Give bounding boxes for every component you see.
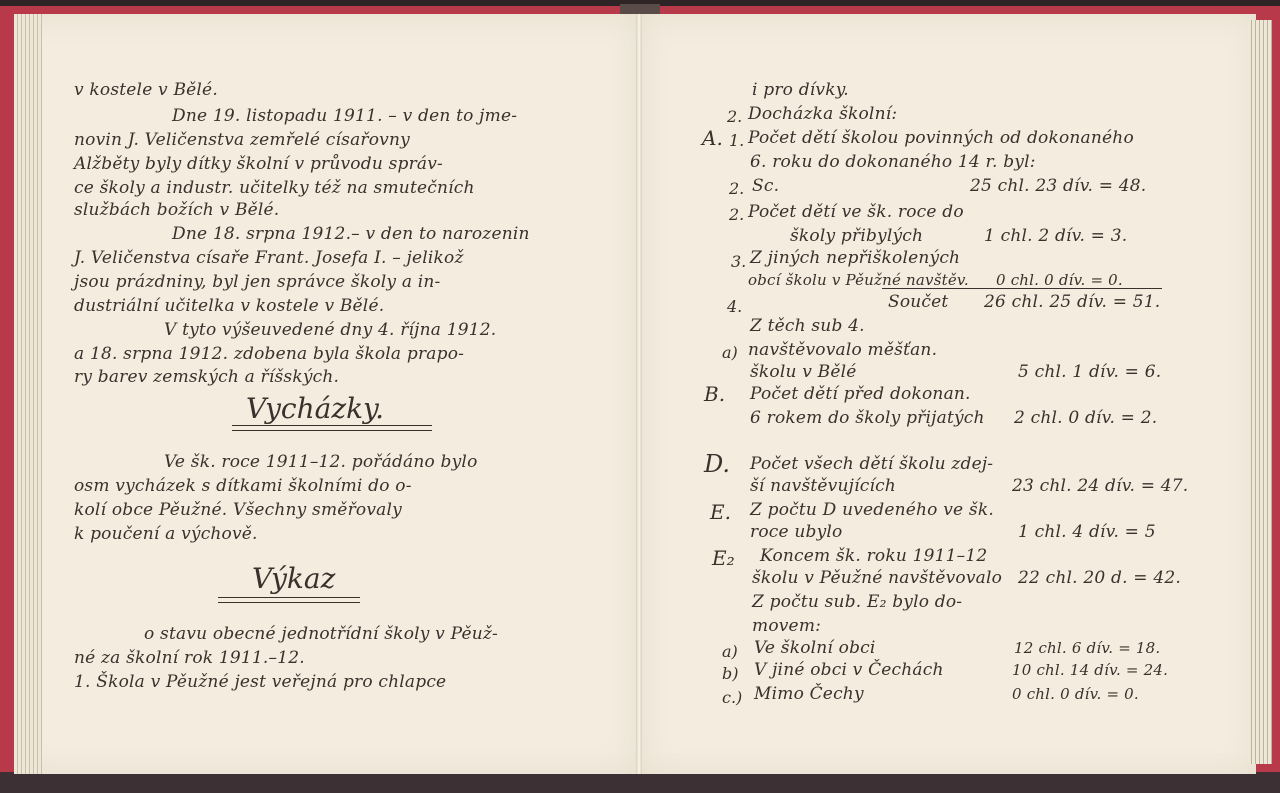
text-line: a 18. srpna 1912. zdobena byla škola pra… [74,344,464,364]
section-title: Docházka školní: [748,104,897,124]
row-text: Počet dětí před dokonan. [750,384,971,404]
left-page-edges [14,14,42,774]
row-text: Počet dětí školou povinných od dokonanéh… [748,128,1134,148]
row-value: 25 chl. 23 dív. = 48. [970,176,1146,196]
row-text: školu v Pěužné navštěvovalo [752,568,1002,588]
heading-underline [218,597,360,603]
row-number: 4. [727,297,742,316]
text-line: jsou prázdniny, byl jen správce školy a … [74,272,441,292]
text-line: né za školní rok 1911.–12. [74,648,305,668]
sum-rule [882,288,1162,289]
row-text: Ve školní obci [754,638,876,658]
row-value: 23 chl. 24 dív. = 47. [1012,476,1188,496]
row-value: 1 chl. 2 dív. = 3. [984,226,1127,246]
row-text: Počet všech dětí školu zdej- [750,454,993,474]
text-line: v kostele v Bělé. [74,80,218,100]
text-line: o stavu obecné jednotřídní školy v Pěuž- [144,624,498,644]
row-value: 12 chl. 6 dív. = 18. [1014,638,1160,658]
row-number: 1. [729,131,744,150]
background-bottom [0,772,1280,793]
row-text: 6 rokem do školy přijatých [750,408,985,428]
row-text: Z počtu D uvedeného ve šk. [750,500,994,520]
row-label: B. [704,382,725,406]
row-text: movem: [752,616,821,636]
row-number: a) [722,642,738,661]
row-text: navštěvovalo měšťan. [748,340,937,360]
row-label: E. [710,500,731,524]
row-value: 0 chl. 0 dív. = 0. [1012,684,1139,704]
row-value: 0 chl. 0 dív. = 0. [996,270,1123,290]
heading-underline [232,425,432,431]
row-number: 2. [729,179,744,198]
text-line: Dne 18. srpna 1912.– v den to narozenin [172,224,530,244]
row-value: 2 chl. 0 dív. = 2. [1014,408,1157,428]
book-gutter [636,14,642,774]
row-text: Z těch sub 4. [750,316,865,336]
text-line: Dne 19. listopadu 1911. – v den to jme- [172,106,517,126]
text-line: osm vycházek s dítkami školními do o- [74,476,412,496]
row-text: Z jiných nepřiškolených [750,248,960,268]
row-number: a) [722,343,738,362]
row-label: E₂ [712,546,735,570]
row-value: 5 chl. 1 dív. = 6. [1018,362,1161,382]
row-text: ší navštěvujících [750,476,896,496]
text-line: dustriální učitelka v kostele v Bělé. [74,296,384,316]
row-text: V jiné obci v Čechách [754,660,944,680]
row-text: Součet [888,292,948,312]
text-line: J. Veličenstva císaře Frant. Josefa I. –… [74,248,464,268]
row-number: 2. [729,205,744,224]
row-text: školu v Bělé [750,362,857,382]
text-line: Alžběty byly dítky školní v průvodu sprá… [74,154,443,174]
text-line: kolí obce Pěužné. Všechny směřovaly [74,500,402,520]
text-line: V tyto výšeuvedené dny 4. října 1912. [164,320,496,340]
text-line: 1. Škola v Pěužné jest veřejná pro chlap… [74,672,446,692]
row-value: 10 chl. 14 dív. = 24. [1012,660,1168,680]
row-label: A. [702,126,723,150]
row-value: 26 chl. 25 dív. = 51. [984,292,1160,312]
row-text: Z počtu sub. E₂ bylo do- [752,592,962,612]
text-line: i pro dívky. [752,80,849,100]
text-line: ce školy a industr. učitelky též na smut… [74,178,475,198]
text-line: k poučení a výchově. [74,524,258,544]
row-text: Mimo Čechy [754,684,864,704]
row-text: 6. roku do dokonaného 14 r. byl: [750,152,1036,172]
row-text: Počet dětí ve šk. roce do [748,202,964,222]
row-text: Koncem šk. roku 1911–12 [760,546,987,566]
row-text: roce ubylo [750,522,842,542]
right-page-edges [1248,20,1272,764]
heading-vychazky: Vycházky. [246,392,384,425]
row-label: D. [704,450,730,478]
heading-vykaz: Výkaz [252,562,335,595]
row-number: c.) [722,688,742,707]
section-number: 2. [727,107,742,126]
text-line: službách božích v Bělé. [74,200,279,220]
text-line: Ve šk. roce 1911–12. pořádáno bylo [164,452,478,472]
row-number: b) [722,664,738,683]
text-line: novin J. Veličenstva zemřelé císařovny [74,130,410,150]
row-text: Sc. [752,176,779,196]
row-text: školy přibylých [790,226,923,246]
row-value: 1 chl. 4 dív. = 5 [1018,522,1156,542]
text-line: ry barev zemských a říšských. [74,367,339,387]
row-number: 3. [731,252,746,271]
row-value: 22 chl. 20 d. = 42. [1018,568,1181,588]
row-text: obcí školu v Pěužné navštěv. [748,270,969,290]
